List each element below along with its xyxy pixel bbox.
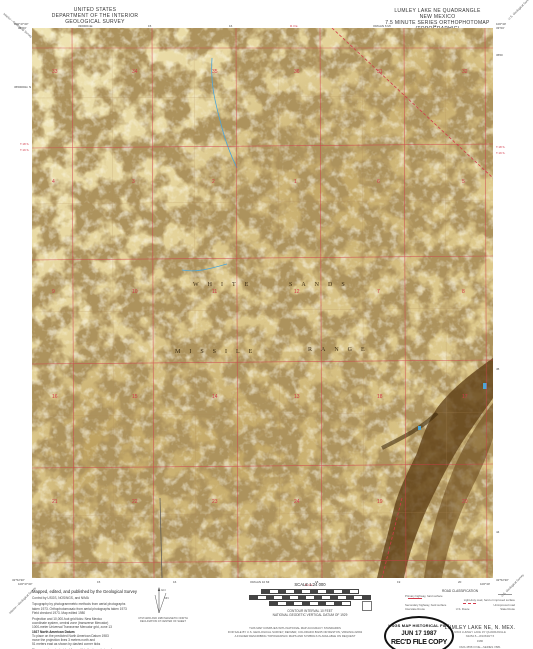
map-label-sands: SANDS <box>289 282 354 288</box>
left-tick: T.18 S. <box>20 142 29 146</box>
svg-text:MN: MN <box>164 596 169 600</box>
declination-line-2: DECLINATION AT CENTER OF SHEET <box>123 620 203 623</box>
agency-line-3: GEOLOGICAL SURVEY <box>30 19 160 25</box>
corner-bottom-left-lon: 106°37'30" <box>18 582 33 586</box>
road-classification-legend: ROAD CLASSIFICATION Primary highway, har… <box>405 589 515 612</box>
stamp-date: JUN 17 1987 <box>386 631 452 637</box>
state-location-box <box>362 601 372 611</box>
svg-text:17: 17 <box>462 394 468 400</box>
legend-row: Interstate Route U.S. Route State Route <box>405 607 515 612</box>
legend-line-red <box>408 598 422 599</box>
map-label-range: RANGE <box>308 347 374 353</box>
svg-text:20: 20 <box>462 499 468 505</box>
left-tick: T.19 S. <box>20 148 29 152</box>
legend-us-route: U.S. Route <box>456 607 470 612</box>
historical-file-stamp: USGS MAP HISTORICAL FILE JUN 17 1987 REC… <box>384 616 454 649</box>
scale-title: SCALE 1:24 000 <box>245 583 375 587</box>
right-tick: T.18 S. <box>496 145 505 149</box>
scale-bar-km <box>269 601 351 606</box>
scale-bar-feet <box>249 595 371 600</box>
svg-text:33: 33 <box>52 69 58 75</box>
corner-bottom-right-lon: 106°30' <box>480 582 490 586</box>
legend-state-route: State Route <box>500 607 515 612</box>
svg-text:21: 21 <box>52 499 58 505</box>
svg-text:35: 35 <box>212 69 218 75</box>
svg-text:GN: GN <box>161 588 166 592</box>
svg-text:12: 12 <box>294 289 300 295</box>
svg-text:32: 32 <box>462 69 468 75</box>
svg-text:2: 2 <box>212 179 215 185</box>
svg-text:10: 10 <box>132 289 138 295</box>
right-tick: 3650 <box>496 53 503 57</box>
svg-text:24: 24 <box>294 499 300 505</box>
right-tick: 44 <box>496 530 499 534</box>
svg-text:34: 34 <box>132 69 138 75</box>
svg-text:5: 5 <box>462 179 465 185</box>
svg-text:7: 7 <box>377 289 380 295</box>
stamp-line-1: USGS MAP HISTORICAL FILE <box>386 623 452 628</box>
scale-bar-miles <box>261 589 359 594</box>
svg-text:31: 31 <box>377 69 383 75</box>
svg-text:11: 11 <box>212 289 217 295</box>
legend-interstate: Interstate Route <box>405 607 425 612</box>
svg-text:23: 23 <box>212 499 218 505</box>
svg-text:14: 14 <box>212 394 218 400</box>
svg-text:36: 36 <box>294 69 300 75</box>
declination-note: UTM GRID AND 1980 MAGNETIC NORTH DECLINA… <box>123 617 203 624</box>
north-arrow-icon: GN MN <box>144 585 174 615</box>
corner-top-right-lat: 33°00' <box>496 26 504 30</box>
left-tick: 3650000m N <box>14 85 31 89</box>
svg-text:6: 6 <box>377 179 380 185</box>
bottom-tick: 16 <box>173 580 176 584</box>
corner-bottom-right: 32°52'30" <box>496 578 509 582</box>
sales-notes: THIS MAP COMPLIES WITH NATIONAL MAP ACCU… <box>190 627 400 638</box>
terrain-image: 333435363132 432165 910111278 1615141318… <box>32 28 493 578</box>
svg-text:22: 22 <box>132 499 138 505</box>
svg-text:15: 15 <box>132 394 138 400</box>
right-tick: 45 <box>496 367 499 371</box>
svg-text:16: 16 <box>52 394 58 400</box>
map-label-white: WHITE <box>193 282 257 288</box>
svg-text:1: 1 <box>294 179 297 185</box>
svg-text:18: 18 <box>377 394 383 400</box>
svg-text:9: 9 <box>52 289 55 295</box>
svg-text:8: 8 <box>462 289 465 295</box>
right-tick: T.19 S. <box>496 151 505 155</box>
diagonal-note-right: U.S. Geological Survey <box>507 0 532 21</box>
svg-text:3: 3 <box>132 179 135 185</box>
folder-note: A FOLDER DESCRIBING TOPOGRAPHIC MAPS AND… <box>190 635 400 639</box>
map-label-missile: MISSILE <box>175 349 261 355</box>
corner-top-left-lat: 33°00' <box>18 26 26 30</box>
bottom-tick: 19 <box>397 580 400 584</box>
stamp-line-3: REC'D FILE COPY <box>386 639 452 646</box>
orthophoto-map[interactable]: 333435363132 432165 910111278 1615141318… <box>32 28 493 578</box>
bottom-tick: 15 <box>97 580 100 584</box>
vertical-datum: NATIONAL GEODETIC VERTICAL DATUM OF 1929 <box>245 613 375 617</box>
bottom-tick: 20 <box>458 580 461 584</box>
svg-text:19: 19 <box>377 499 383 505</box>
svg-text:4: 4 <box>52 179 55 185</box>
scale-block: SCALE 1:24 000 CONTOUR INTERVAL 10 FEET … <box>245 582 375 617</box>
agency-header: UNITED STATES DEPARTMENT OF THE INTERIOR… <box>30 7 160 25</box>
svg-text:13: 13 <box>294 394 300 400</box>
legend-line-dashed <box>463 603 477 604</box>
